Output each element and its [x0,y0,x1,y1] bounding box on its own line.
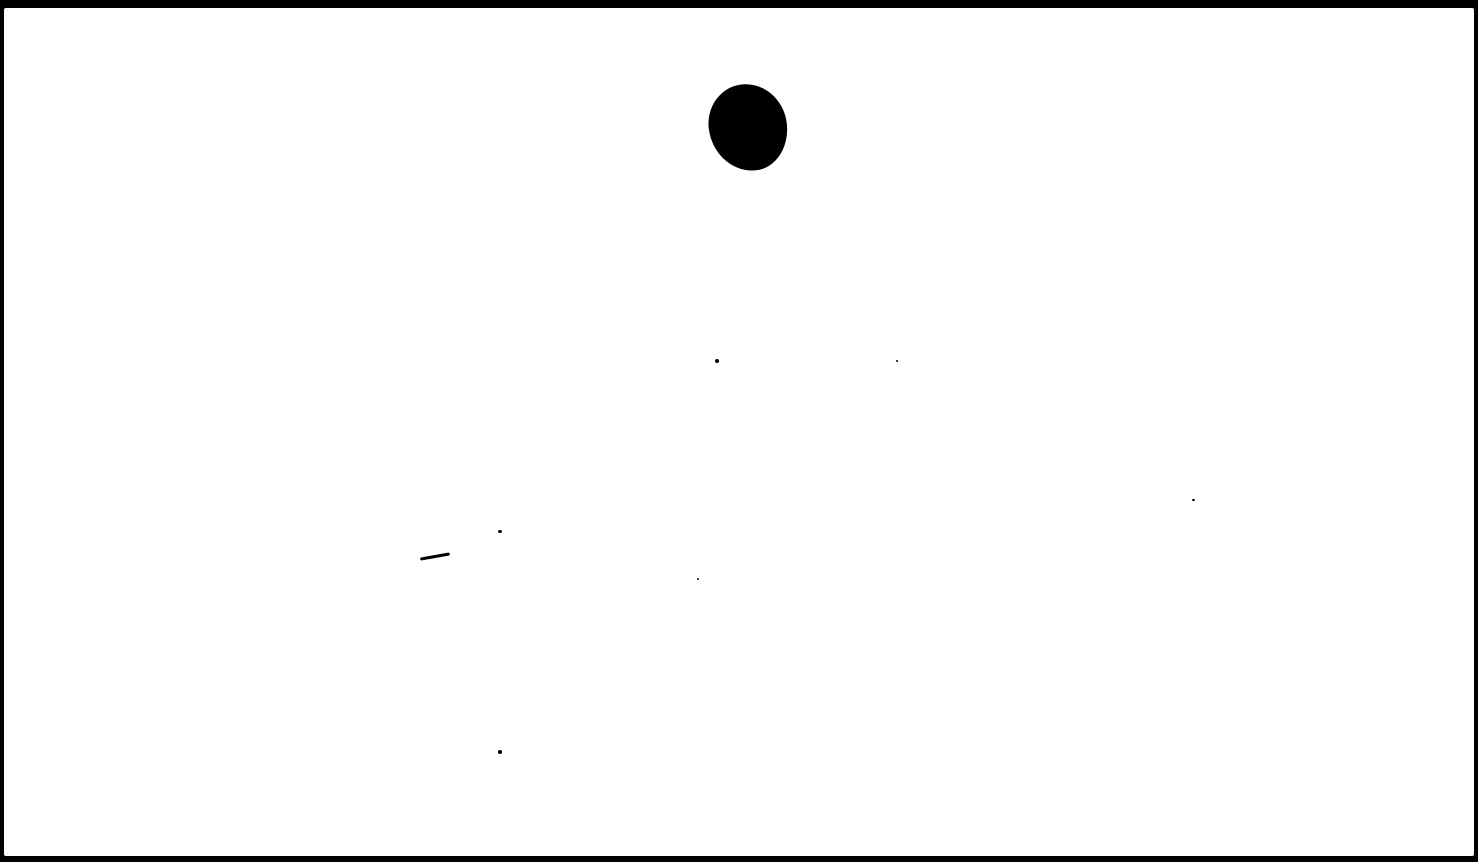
noise-speck [498,530,502,533]
noise-speck [697,578,699,580]
noise-speck [1192,499,1195,501]
noise-speck [498,750,502,754]
noise-speck [715,359,719,363]
noise-speck [896,360,898,362]
